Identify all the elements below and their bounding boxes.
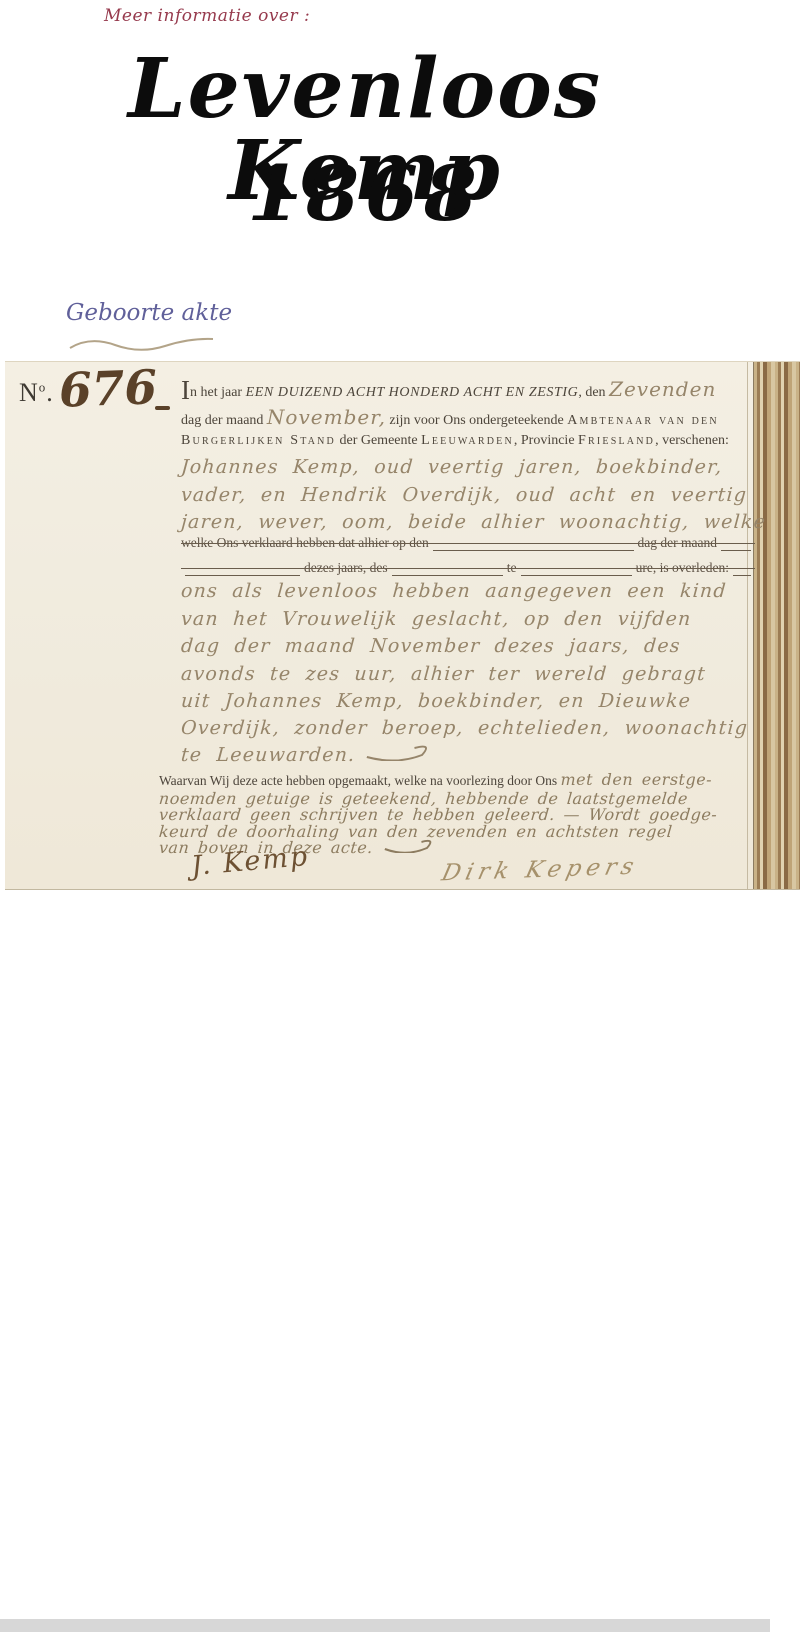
closing-paragraph: Waarvan Wij deze acte hebben opgemaakt, … <box>159 770 759 790</box>
closing-printed-text: Waarvan Wij deze acte hebben opgemaakt, … <box>159 773 560 788</box>
handwritten-body-6: Overdijk, zonder beroep, echtelieden, wo… <box>180 717 756 739</box>
more-info-label: Meer informatie over : <box>104 6 310 26</box>
handwritten-body-7-text: te Leeuwarden. <box>180 744 356 766</box>
struck-1b: dag der maand <box>638 535 717 551</box>
pen-flourish-icon <box>68 336 218 354</box>
intro-3a: der Gemeente <box>336 433 421 448</box>
blank-rule <box>721 537 751 551</box>
handwritten-month: November, <box>267 405 386 429</box>
act-line-intro-2: dag der maand November, zijn voor Ons on… <box>181 405 755 429</box>
dropcap-initial: I <box>181 375 190 405</box>
blank-rule <box>733 562 751 576</box>
struck-deceased-line-2: dezes jaars, des te ure, is overleden: <box>181 559 755 576</box>
blank-rule <box>433 537 634 551</box>
handwritten-body-1: ons als levenloos hebben aangegeven een … <box>180 580 756 602</box>
act-line-intro-3: Burgerlijken Stand der Gemeente Leeuward… <box>181 433 755 449</box>
blank-rule <box>185 562 300 576</box>
page-title-year: 1868 <box>0 156 730 232</box>
act-line-intro-1: In het jaar EEN DUIZEND ACHT HONDERD ACH… <box>181 377 755 401</box>
intro-3b: , Provincie <box>514 433 578 448</box>
act-number-n: N <box>19 378 39 407</box>
act-number-value: 676 <box>58 360 158 418</box>
intro-2-smallcaps: Ambtenaar van den <box>567 413 719 428</box>
blank-rule <box>392 562 503 576</box>
handwritten-declarants-1: Johannes Kemp, oud veertig jaren, boekbi… <box>180 456 756 478</box>
handwritten-body-7: te Leeuwarden. <box>180 744 756 766</box>
handwritten-body-4: avonds te zes uur, alhier ter wereld geb… <box>180 663 756 685</box>
act-text-block: In het jaar EEN DUIZEND ACHT HONDERD ACH… <box>181 372 755 882</box>
act-number-label: No. <box>19 378 54 408</box>
struck-2c: ure, is overleden: <box>636 560 729 576</box>
handwritten-body-5: uit Johannes Kemp, boekbinder, en Dieuwk… <box>180 690 756 712</box>
pen-flourish-icon <box>382 839 438 853</box>
pen-flourish-icon <box>365 745 436 761</box>
intro-3c: , verschenen: <box>655 433 729 448</box>
closing-handwritten-inline: met den eerstge- <box>560 770 712 789</box>
blank-rule <box>521 562 632 576</box>
act-number-dot: . <box>46 378 54 407</box>
book-binding-edge <box>753 362 800 889</box>
intro-2b: zijn voor Ons ondergeteekende <box>386 413 567 428</box>
intro-3-city: Leeuwarden <box>421 433 514 448</box>
struck-2a: dezes jaars, des <box>304 560 388 576</box>
handwritten-body-2: van het Vrouwelijk geslacht, op den vijf… <box>180 608 756 630</box>
intro-1a: n het jaar <box>190 385 246 400</box>
intro-2a: dag der maand <box>181 413 267 428</box>
struck-2b: te <box>507 560 517 576</box>
intro-3-smallcaps: Burgerlijken Stand <box>181 433 336 448</box>
intro-1b: , den <box>578 385 609 400</box>
handwritten-body-3: dag der maand November dezes jaars, des <box>180 635 756 657</box>
handwritten-day: Zevenden <box>609 377 716 401</box>
struck-deceased-line-1: welke Ons verklaard hebben dat alhier op… <box>181 534 755 551</box>
intro-year-words: EEN DUIZEND ACHT HONDERD ACHT EN ZESTIG <box>246 385 579 400</box>
document-type-subtitle: Geboorte akte <box>66 300 232 326</box>
scanned-birth-record: No. 676 In het jaar EEN DUIZEND ACHT HON… <box>5 361 800 890</box>
bottom-gray-strip <box>0 1619 770 1632</box>
handwritten-declarants-2: vader, en Hendrik Overdijk, oud acht en … <box>180 484 756 506</box>
handwritten-declarants-3: jaren, wever, oom, beide alhier woonacht… <box>180 511 756 533</box>
struck-1a: welke Ons verklaard hebben dat alhier op… <box>181 535 429 551</box>
act-number-dash <box>155 406 170 410</box>
intro-3-province: Friesland <box>578 433 655 448</box>
closing-line-printed: Waarvan Wij deze acte hebben opgemaakt, … <box>159 770 759 790</box>
